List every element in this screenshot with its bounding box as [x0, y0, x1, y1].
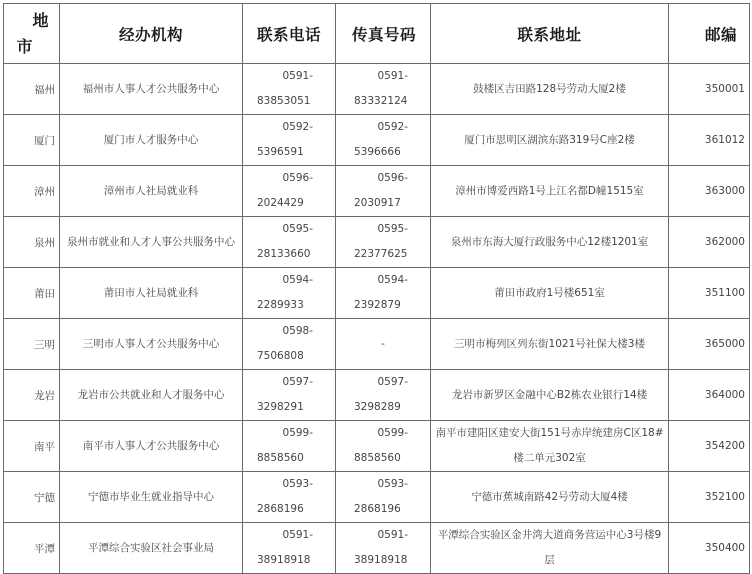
- cell-city: 厦门: [4, 115, 60, 166]
- fax-area-code: 0591-: [340, 523, 426, 548]
- fax-empty-dash: -: [340, 332, 426, 357]
- cell-address: 厦门市思明区湖滨东路319号C座2楼: [431, 115, 669, 166]
- fax-number: 2868196: [340, 497, 426, 522]
- fax-area-code: 0593-: [340, 472, 426, 497]
- cell-org: 泉州市就业和人才人事公共服务中心: [60, 217, 243, 268]
- header-org: 经办机构: [60, 4, 243, 64]
- cell-org: 厦门市人才服务中心: [60, 115, 243, 166]
- fax-area-code: 0592-: [340, 115, 426, 140]
- table-row: 三明 三明市人事人才公共服务中心 0598-7506808 - 三明市梅列区列东…: [4, 319, 750, 370]
- fax-area-code: 0599-: [340, 421, 426, 446]
- fax-number: 2392879: [340, 293, 426, 318]
- cell-city: 泉州: [4, 217, 60, 268]
- fax-number: 38918918: [340, 548, 426, 573]
- fax-number: 8858560: [340, 446, 426, 471]
- cell-fax: 0595-22377625: [336, 217, 431, 268]
- cell-phone: 0597-3298291: [243, 370, 336, 421]
- cell-phone: 0598-7506808: [243, 319, 336, 370]
- cell-postal: 352100: [669, 472, 750, 523]
- fax-number: 22377625: [340, 242, 426, 267]
- table-row: 厦门 厦门市人才服务中心 0592-5396591 0592-5396666 厦…: [4, 115, 750, 166]
- cell-postal: 361012: [669, 115, 750, 166]
- phone-number: 83853051: [247, 89, 331, 114]
- cell-org: 莆田市人社局就业科: [60, 268, 243, 319]
- cell-address: 漳州市博爱西路1号上江名都D幢1515室: [431, 166, 669, 217]
- phone-area-code: 0591-: [247, 64, 331, 89]
- header-fax: 传真号码: [336, 4, 431, 64]
- phone-number: 7506808: [247, 344, 331, 369]
- header-address: 联系地址: [431, 4, 669, 64]
- employment-contacts-table: 地 市 经办机构 联系电话 传真号码 联系地址 邮编 福州 福州市人事人才公共服…: [3, 3, 750, 574]
- fax-area-code: 0597-: [340, 370, 426, 395]
- cell-fax: 0599-8858560: [336, 421, 431, 472]
- fax-area-code: 0591-: [340, 64, 426, 89]
- cell-city: 南平: [4, 421, 60, 472]
- cell-city: 龙岩: [4, 370, 60, 421]
- cell-org: 三明市人事人才公共服务中心: [60, 319, 243, 370]
- cell-postal: 363000: [669, 166, 750, 217]
- fax-number: 5396666: [340, 140, 426, 165]
- phone-number: 38918918: [247, 548, 331, 573]
- table-row: 漳州 漳州市人社局就业科 0596-2024429 0596-2030917 漳…: [4, 166, 750, 217]
- cell-postal: 350001: [669, 64, 750, 115]
- cell-postal: 362000: [669, 217, 750, 268]
- table-row: 宁德 宁德市毕业生就业指导中心 0593-2868196 0593-286819…: [4, 472, 750, 523]
- fax-area-code: 0595-: [340, 217, 426, 242]
- cell-city: 莆田: [4, 268, 60, 319]
- phone-number: 8858560: [247, 446, 331, 471]
- cell-org: 漳州市人社局就业科: [60, 166, 243, 217]
- cell-city: 宁德: [4, 472, 60, 523]
- table-row: 平潭 平潭综合实验区社会事业局 0591-38918918 0591-38918…: [4, 523, 750, 574]
- cell-fax: 0593-2868196: [336, 472, 431, 523]
- phone-number: 2289933: [247, 293, 331, 318]
- fax-number: 2030917: [340, 191, 426, 216]
- phone-number: 2024429: [247, 191, 331, 216]
- header-phone: 联系电话: [243, 4, 336, 64]
- cell-postal: 364000: [669, 370, 750, 421]
- cell-org: 龙岩市公共就业和人才服务中心: [60, 370, 243, 421]
- fax-area-code: 0594-: [340, 268, 426, 293]
- phone-area-code: 0596-: [247, 166, 331, 191]
- header-city-line1: 地: [32, 11, 49, 30]
- phone-number: 5396591: [247, 140, 331, 165]
- cell-city: 福州: [4, 64, 60, 115]
- cell-address: 龙岩市新罗区金融中心B2栋农业银行14楼: [431, 370, 669, 421]
- cell-phone: 0595-28133660: [243, 217, 336, 268]
- cell-fax: -: [336, 319, 431, 370]
- table-row: 泉州 泉州市就业和人才人事公共服务中心 0595-28133660 0595-2…: [4, 217, 750, 268]
- header-row: 地 市 经办机构 联系电话 传真号码 联系地址 邮编: [4, 4, 750, 64]
- cell-address: 平潭综合实验区金井湾大道商务营运中心3号楼9层: [431, 523, 669, 574]
- table-row: 福州 福州市人事人才公共服务中心 0591-83853051 0591-8333…: [4, 64, 750, 115]
- cell-address: 南平市建阳区建安大街151号赤岸统建房C区18#楼二单元302室: [431, 421, 669, 472]
- cell-city: 三明: [4, 319, 60, 370]
- cell-city: 漳州: [4, 166, 60, 217]
- cell-org: 平潭综合实验区社会事业局: [60, 523, 243, 574]
- table-row: 龙岩 龙岩市公共就业和人才服务中心 0597-3298291 0597-3298…: [4, 370, 750, 421]
- cell-phone: 0594-2289933: [243, 268, 336, 319]
- phone-number: 28133660: [247, 242, 331, 267]
- cell-org: 南平市人事人才公共服务中心: [60, 421, 243, 472]
- cell-postal: 365000: [669, 319, 750, 370]
- phone-area-code: 0598-: [247, 319, 331, 344]
- phone-area-code: 0599-: [247, 421, 331, 446]
- cell-fax: 0591-38918918: [336, 523, 431, 574]
- cell-fax: 0592-5396666: [336, 115, 431, 166]
- cell-address: 鼓楼区吉田路128号劳动大厦2楼: [431, 64, 669, 115]
- cell-phone: 0593-2868196: [243, 472, 336, 523]
- cell-phone: 0592-5396591: [243, 115, 336, 166]
- phone-number: 2868196: [247, 497, 331, 522]
- header-city-line2: 市: [16, 37, 49, 56]
- phone-area-code: 0594-: [247, 268, 331, 293]
- cell-phone: 0599-8858560: [243, 421, 336, 472]
- cell-address: 宁德市蕉城南路42号劳动大厦4楼: [431, 472, 669, 523]
- cell-phone: 0591-38918918: [243, 523, 336, 574]
- cell-address: 泉州市东海大厦行政服务中心12楼1201室: [431, 217, 669, 268]
- table-row: 莆田 莆田市人社局就业科 0594-2289933 0594-2392879 莆…: [4, 268, 750, 319]
- phone-area-code: 0592-: [247, 115, 331, 140]
- header-postal: 邮编: [669, 4, 750, 64]
- cell-fax: 0594-2392879: [336, 268, 431, 319]
- phone-area-code: 0595-: [247, 217, 331, 242]
- cell-phone: 0591-83853051: [243, 64, 336, 115]
- phone-area-code: 0591-: [247, 523, 331, 548]
- cell-city: 平潭: [4, 523, 60, 574]
- fax-area-code: 0596-: [340, 166, 426, 191]
- cell-postal: 350400: [669, 523, 750, 574]
- cell-fax: 0596-2030917: [336, 166, 431, 217]
- cell-phone: 0596-2024429: [243, 166, 336, 217]
- fax-number: 83332124: [340, 89, 426, 114]
- cell-address: 三明市梅列区列东街1021号社保大楼3楼: [431, 319, 669, 370]
- cell-fax: 0597-3298289: [336, 370, 431, 421]
- cell-org: 宁德市毕业生就业指导中心: [60, 472, 243, 523]
- phone-area-code: 0593-: [247, 472, 331, 497]
- header-city: 地 市: [4, 4, 60, 64]
- cell-org: 福州市人事人才公共服务中心: [60, 64, 243, 115]
- cell-address: 莆田市政府1号楼651室: [431, 268, 669, 319]
- cell-fax: 0591-83332124: [336, 64, 431, 115]
- fax-number: 3298289: [340, 395, 426, 420]
- phone-number: 3298291: [247, 395, 331, 420]
- table-row: 南平 南平市人事人才公共服务中心 0599-8858560 0599-88585…: [4, 421, 750, 472]
- phone-area-code: 0597-: [247, 370, 331, 395]
- cell-postal: 354200: [669, 421, 750, 472]
- cell-postal: 351100: [669, 268, 750, 319]
